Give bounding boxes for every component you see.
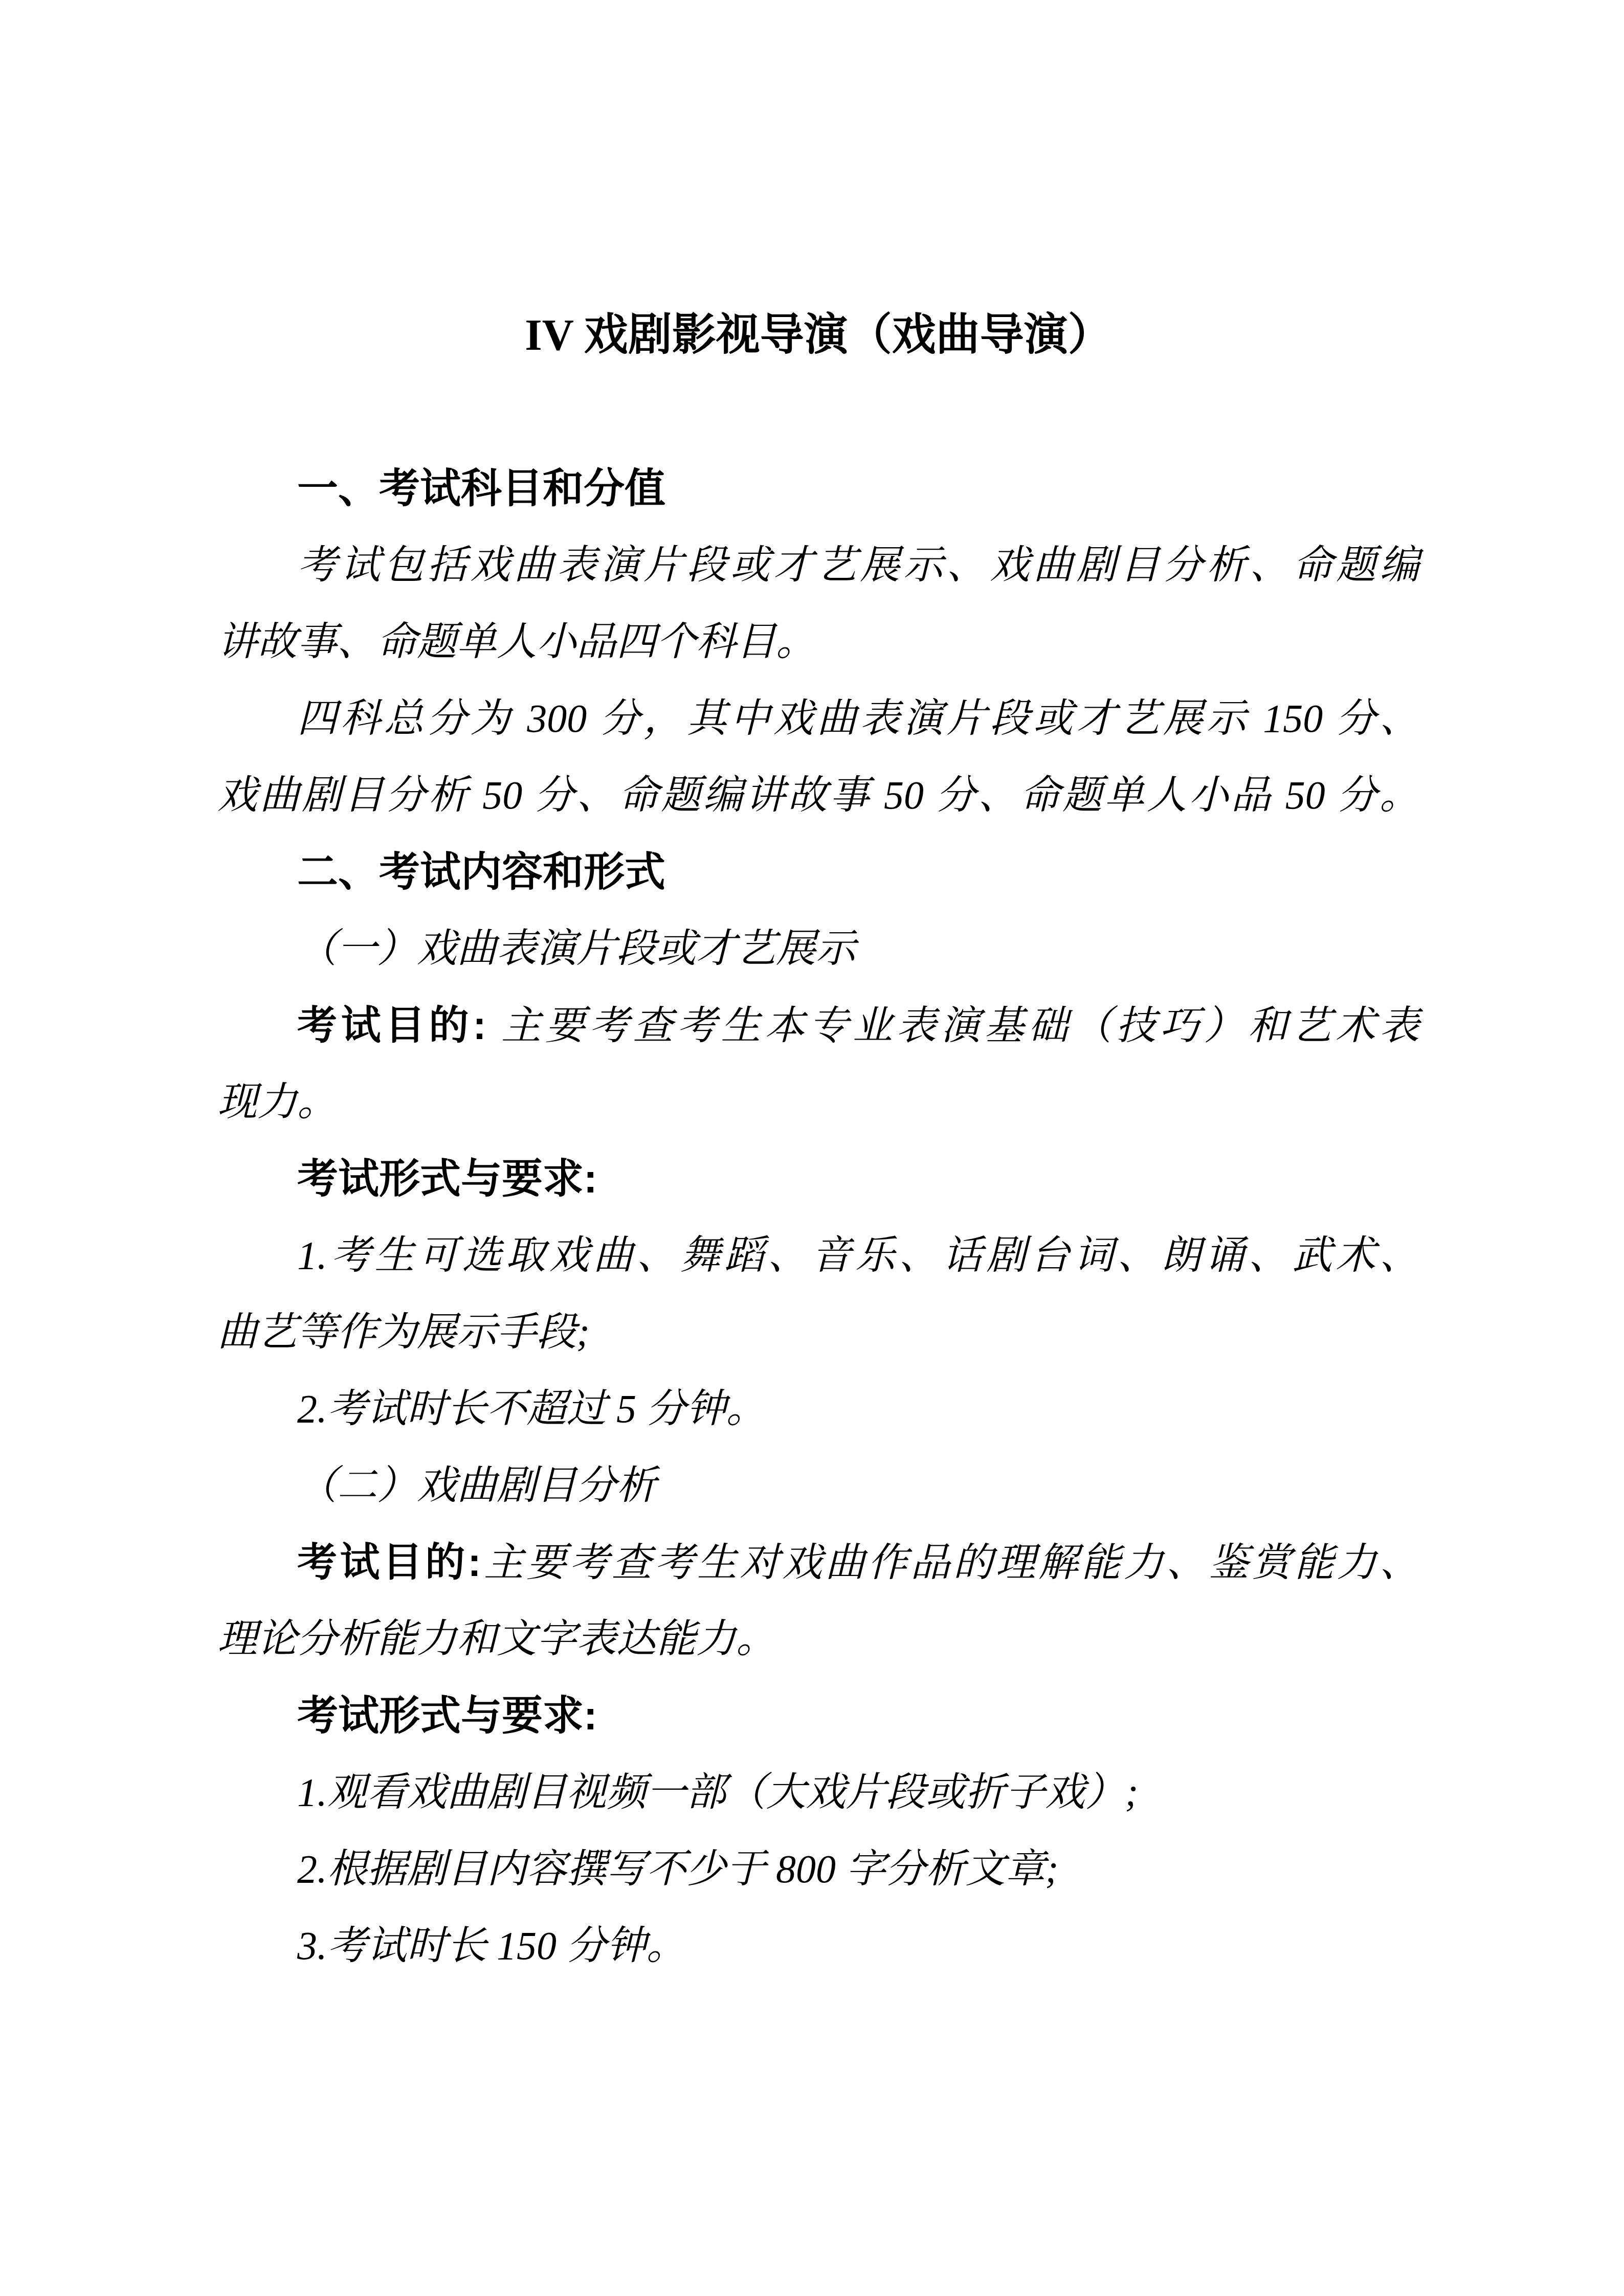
document-page: IV 戏剧影视导演（戏曲导演） 一、考试科目和分值 考试包括戏曲表演片段或才艺展…	[0, 0, 1624, 2296]
para-total-score-line-1: 四科总分为 300 分，其中戏曲表演片段或才艺展示 150 分、	[217, 680, 1419, 757]
list-item-2-1: 1.观看戏曲剧目视频一部（大戏片段或折子戏）;	[217, 1754, 1419, 1831]
heading-exam-subjects-and-scores: 一、考试科目和分值	[217, 450, 1419, 527]
para-total-score-line-2: 戏曲剧目分析 50 分、命题编讲故事 50 分、命题单人小品 50 分。	[217, 757, 1419, 834]
list-item-2-3: 3.考试时长 150 分钟。	[217, 1907, 1419, 1984]
exam-purpose-label-1: 考试目的:	[297, 1003, 501, 1048]
para-subjects-line-1: 考试包括戏曲表演片段或才艺展示、戏曲剧目分析、命题编	[217, 527, 1419, 603]
para-exam-purpose-1-text: 主要考查考生本专业表演基础（技巧）和艺术表	[501, 1003, 1419, 1048]
para-subjects-line-2: 讲故事、命题单人小品四个科目。	[217, 603, 1419, 680]
para-exam-purpose-2-text: 主要考查考生对戏曲作品的理解能力、鉴赏能力、	[481, 1540, 1419, 1585]
para-exam-purpose-2-line-2: 理论分析能力和文字表达能力。	[217, 1601, 1419, 1677]
para-exam-purpose-1-line-1: 考试目的: 主要考查考生本专业表演基础（技巧）和艺术表	[217, 987, 1419, 1064]
document-title: IV 戏剧影视导演（戏曲导演）	[217, 297, 1419, 373]
subheading-section-1-opera-performance: （一）戏曲表演片段或才艺展示	[217, 910, 1419, 987]
heading-exam-format-requirements-1: 考试形式与要求:	[217, 1140, 1419, 1217]
list-item-2-2: 2.根据剧目内容撰写不少于 800 字分析文章;	[217, 1831, 1419, 1907]
heading-exam-content-and-format: 二、考试内容和形式	[217, 834, 1419, 910]
exam-purpose-label-2: 考试目的:	[297, 1540, 481, 1585]
list-item-1-2: 2.考试时长不超过 5 分钟。	[217, 1370, 1419, 1447]
blank-line	[217, 373, 1419, 450]
heading-exam-format-requirements-2: 考试形式与要求:	[217, 1677, 1419, 1754]
para-exam-purpose-2-line-1: 考试目的:主要考查考生对戏曲作品的理解能力、鉴赏能力、	[217, 1524, 1419, 1601]
para-exam-purpose-1-line-2: 现力。	[217, 1064, 1419, 1140]
list-item-1-1-line-1: 1.考生可选取戏曲、舞蹈、音乐、话剧台词、朗诵、武术、	[217, 1217, 1419, 1294]
subheading-section-2-opera-repertoire-analysis: （二）戏曲剧目分析	[217, 1447, 1419, 1524]
list-item-1-1-line-2: 曲艺等作为展示手段;	[217, 1294, 1419, 1370]
